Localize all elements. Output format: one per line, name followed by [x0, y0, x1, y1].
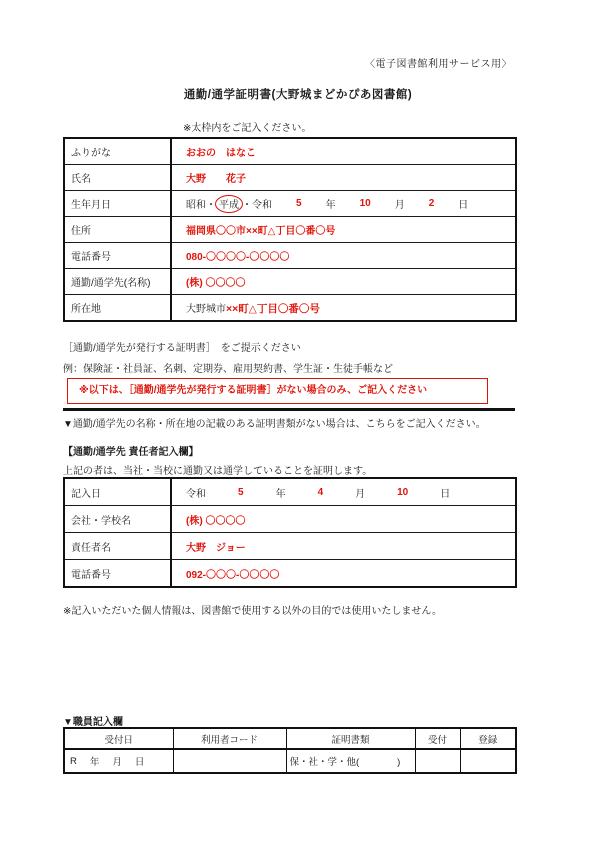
staff-col-certificate-type: 証明書類 — [286, 728, 415, 749]
location-value: 大野城市××町△丁目〇番〇号 — [171, 295, 516, 322]
table-row-location: 所在地 大野城市××町△丁目〇番〇号 — [64, 295, 516, 322]
employer-phone-label: 電話番号 — [64, 560, 171, 588]
staff-date-cell: R 年 月 日 — [64, 749, 173, 773]
phone-label: 電話番号 — [64, 243, 171, 269]
entry-year-value: 5 — [238, 487, 244, 498]
employer-section-heading: 【通勤/通学先 責任者記入欄】 — [63, 443, 199, 458]
table-row-employer-phone: 電話番号 092-〇〇〇-〇〇〇〇 — [64, 560, 516, 588]
furigana-value: おおの はなこ — [171, 138, 516, 165]
fill-instruction-note: ※太枠内をご記入ください。 — [183, 119, 311, 134]
warning-box: ※以下は、［通勤/通学先が発行する証明書］がない場合のみ、ご記入ください — [67, 378, 488, 404]
staff-entry-row: R 年 月 日 保・社・学・他( ) — [64, 749, 516, 773]
birth-day-value: 2 — [429, 198, 435, 209]
workplace-value: (株) 〇〇〇〇 — [171, 269, 516, 295]
staff-era-prefix: R — [70, 756, 77, 767]
company-label: 会社・学校名 — [64, 506, 171, 533]
entry-day-value: 10 — [397, 487, 408, 498]
month-unit: 月 — [112, 754, 122, 768]
staff-certificate-cell: 保・社・学・他( ) — [286, 749, 415, 773]
day-unit: 日 — [135, 754, 145, 768]
name-label: 氏名 — [64, 165, 171, 191]
year-unit: 年 — [90, 754, 100, 768]
employer-certify-statement: 上記の者は、当社・当校に通勤又は通学していることを証明します。 — [63, 462, 372, 477]
era-heisei-circled: 平成 — [215, 195, 243, 213]
table-row-address: 住所 福岡県〇〇市××町△丁目〇番〇号 — [64, 217, 516, 243]
era-showa: 昭和 — [186, 196, 206, 211]
table-row-birthdate: 生年月日 昭和 ・ 平成 ・ 令和 5 年 10 月 2 日 — [64, 191, 516, 217]
staff-col-reception: 受付 — [415, 728, 460, 749]
certificate-examples-note: 例：保険証・社員証、名刺、定期券、雇用契約書、学生証・生徒手帳など — [63, 360, 393, 375]
fallback-instruction-note: ▼通勤/通学先の名称・所在地の記載のある証明書類がない場合は、こちらをご記入くだ… — [63, 415, 486, 430]
staff-col-reception-date: 受付日 — [64, 728, 173, 749]
staff-header-row: 受付日 利用者コード 証明書類 受付 登録 — [64, 728, 516, 749]
address-value: 福岡県〇〇市××町△丁目〇番〇号 — [171, 217, 516, 243]
entry-era: 令和 — [186, 485, 206, 500]
employer-phone-value: 092-〇〇〇-〇〇〇〇 — [171, 560, 516, 588]
location-red-part: ××町△丁目〇番〇号 — [226, 303, 320, 315]
manager-value: 大野 ジョー — [171, 533, 516, 560]
staff-col-registration: 登録 — [460, 728, 516, 749]
applicant-table: ふりがな おおの はなこ 氏名 大野 花子 生年月日 昭和 ・ 平成 ・ 令和 … — [63, 137, 517, 322]
table-row-manager: 責任者名 大野 ジョー — [64, 533, 516, 560]
certificate-present-note: ［通勤/通学先が発行する証明書］ をご提示ください — [63, 339, 301, 354]
staff-user-code-cell — [173, 749, 286, 773]
workplace-label: 通勤/通学先(名称) — [64, 269, 171, 295]
staff-reception-cell — [415, 749, 460, 773]
month-unit: 月 — [355, 485, 365, 500]
day-unit: 日 — [440, 485, 450, 500]
address-label: 住所 — [64, 217, 171, 243]
company-value: (株) 〇〇〇〇 — [171, 506, 516, 533]
birth-month-value: 10 — [360, 198, 371, 209]
table-row-workplace: 通勤/通学先(名称) (株) 〇〇〇〇 — [64, 269, 516, 295]
era-options: 昭和 ・ 平成 ・ 令和 — [186, 195, 272, 213]
table-row-furigana: ふりがな おおの はなこ — [64, 138, 516, 165]
table-row-name: 氏名 大野 花子 — [64, 165, 516, 191]
page-title: 通勤/通学証明書(大野城まどかぴあ図書館) — [0, 86, 596, 102]
table-row-phone: 電話番号 080-〇〇〇〇-〇〇〇〇 — [64, 243, 516, 269]
phone-value: 080-〇〇〇〇-〇〇〇〇 — [171, 243, 516, 269]
manager-label: 責任者名 — [64, 533, 171, 560]
staff-table: 受付日 利用者コード 証明書類 受付 登録 R 年 月 日 保・社・学・他( — [63, 727, 517, 774]
year-unit: 年 — [276, 485, 286, 500]
staff-registration-cell — [460, 749, 516, 773]
era-reiwa: 令和 — [252, 196, 272, 211]
table-row-company: 会社・学校名 (株) 〇〇〇〇 — [64, 506, 516, 533]
name-value: 大野 花子 — [171, 165, 516, 191]
birthdate-value: 昭和 ・ 平成 ・ 令和 5 年 10 月 2 日 — [171, 191, 516, 217]
entry-month-value: 4 — [318, 487, 324, 498]
month-unit: 月 — [395, 196, 405, 211]
location-city-prefix: 大野城市 — [186, 304, 226, 315]
employer-table: 記入日 令和 5 年 4 月 10 日 会社・学校名 (株) 〇〇〇〇 責任者名… — [63, 477, 517, 588]
privacy-note: ※記入いただいた個人情報は、図書館で使用する以外の目的では使用いたしません。 — [63, 602, 442, 617]
furigana-label: ふりがな — [64, 138, 171, 165]
era-separator: ・ — [242, 196, 252, 211]
birth-year-value: 5 — [296, 198, 302, 209]
entry-date-value: 令和 5 年 4 月 10 日 — [171, 478, 516, 506]
section-divider — [63, 408, 515, 411]
entry-date-label: 記入日 — [64, 478, 171, 506]
staff-col-user-code: 利用者コード — [173, 728, 286, 749]
year-unit: 年 — [326, 196, 336, 211]
staff-section-heading: ▼職員記入欄 — [63, 713, 123, 728]
service-usage-note: 〈電子図書館利用サービス用〉 — [365, 55, 512, 70]
table-row-entry-date: 記入日 令和 5 年 4 月 10 日 — [64, 478, 516, 506]
location-label: 所在地 — [64, 295, 171, 322]
certificate-form-document: 〈電子図書館利用サービス用〉 通勤/通学証明書(大野城まどかぴあ図書館) ※太枠… — [0, 0, 596, 842]
day-unit: 日 — [458, 196, 468, 211]
birthdate-label: 生年月日 — [64, 191, 171, 217]
